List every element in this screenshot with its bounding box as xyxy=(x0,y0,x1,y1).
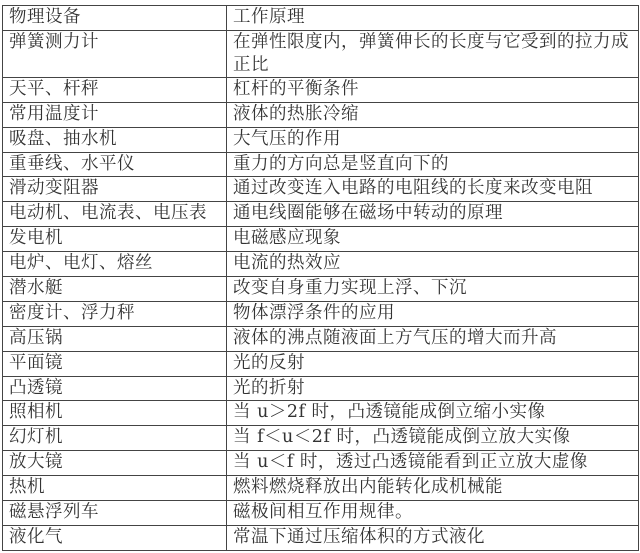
header-row: 物理设备 工作原理 xyxy=(3,6,639,31)
device-cell: 电炉、电灯、熔丝 xyxy=(3,252,227,277)
table-row: 凸透镜 光的折射 xyxy=(3,376,639,401)
principle-cell: 液体的沸点随液面上方气压的增大而升高 xyxy=(227,326,639,351)
device-cell: 平面镜 xyxy=(3,351,227,376)
device-cell: 密度计、浮力秤 xyxy=(3,301,227,326)
device-cell: 热机 xyxy=(3,476,227,501)
device-cell: 照相机 xyxy=(3,401,227,426)
principle-cell: 电流的热效应 xyxy=(227,252,639,277)
principle-cell: 杠杆的平衡条件 xyxy=(227,77,639,102)
table-row: 吸盘、抽水机 大气压的作用 xyxy=(3,127,639,152)
principle-cell: 改变自身重力实现上浮、下沉 xyxy=(227,277,639,302)
principle-cell: 常温下通过压缩体积的方式液化 xyxy=(227,525,639,550)
device-cell: 发电机 xyxy=(3,227,227,252)
principle-cell: 电磁感应现象 xyxy=(227,227,639,252)
principle-cell: 光的折射 xyxy=(227,376,639,401)
principle-cell: 当 f＜u＜2f 时，凸透镜能成倒立放大实像 xyxy=(227,426,639,451)
table-row: 液化气 常温下通过压缩体积的方式液化 xyxy=(3,525,639,550)
principle-cell: 通电线圈能够在磁场中转动的原理 xyxy=(227,202,639,227)
table-row: 潜水艇 改变自身重力实现上浮、下沉 xyxy=(3,277,639,302)
principle-cell: 磁极间相互作用规律。 xyxy=(227,501,639,526)
table-row: 放大镜 当 u＜f 时，透过凸透镜能看到正立放大虚像 xyxy=(3,451,639,476)
device-cell: 天平、杆秤 xyxy=(3,77,227,102)
principle-cell: 光的反射 xyxy=(227,351,639,376)
principle-cell: 燃料燃烧释放出内能转化成机械能 xyxy=(227,476,639,501)
table-row: 幻灯机 当 f＜u＜2f 时，凸透镜能成倒立放大实像 xyxy=(3,426,639,451)
device-cell: 电动机、电流表、电压表 xyxy=(3,202,227,227)
table-row: 热机 燃料燃烧释放出内能转化成机械能 xyxy=(3,476,639,501)
principle-cell: 当 u＜f 时，透过凸透镜能看到正立放大虚像 xyxy=(227,451,639,476)
principle-cell: 当 u＞2f 时，凸透镜能成倒立缩小实像 xyxy=(227,401,639,426)
table-row: 电炉、电灯、熔丝 电流的热效应 xyxy=(3,252,639,277)
principle-cell: 物体漂浮条件的应用 xyxy=(227,301,639,326)
table-row: 照相机 当 u＞2f 时，凸透镜能成倒立缩小实像 xyxy=(3,401,639,426)
device-cell: 液化气 xyxy=(3,525,227,550)
device-cell: 滑动变阻器 xyxy=(3,177,227,202)
table-row: 常用温度计 液体的热胀冷缩 xyxy=(3,102,639,127)
principle-cell: 在弹性限度内，弹簧伸长的长度与它受到的拉力成正比 xyxy=(227,30,639,77)
header-device: 物理设备 xyxy=(3,6,227,31)
table-row: 磁悬浮列车 磁极间相互作用规律。 xyxy=(3,501,639,526)
physics-devices-table: 物理设备 工作原理 弹簧测力计 在弹性限度内，弹簧伸长的长度与它受到的拉力成正比… xyxy=(2,5,639,551)
table-row: 天平、杆秤 杠杆的平衡条件 xyxy=(3,77,639,102)
table-row: 滑动变阻器 通过改变连入电路的电阻线的长度来改变电阻 xyxy=(3,177,639,202)
device-cell: 弹簧测力计 xyxy=(3,30,227,77)
device-cell: 潜水艇 xyxy=(3,277,227,302)
device-cell: 幻灯机 xyxy=(3,426,227,451)
principle-cell: 液体的热胀冷缩 xyxy=(227,102,639,127)
device-cell: 高压锅 xyxy=(3,326,227,351)
device-cell: 常用温度计 xyxy=(3,102,227,127)
device-cell: 磁悬浮列车 xyxy=(3,501,227,526)
table-row: 密度计、浮力秤 物体漂浮条件的应用 xyxy=(3,301,639,326)
table-row: 发电机 电磁感应现象 xyxy=(3,227,639,252)
principle-cell: 大气压的作用 xyxy=(227,127,639,152)
header-principle: 工作原理 xyxy=(227,6,639,31)
principle-cell: 通过改变连入电路的电阻线的长度来改变电阻 xyxy=(227,177,639,202)
principle-cell: 重力的方向总是竖直向下的 xyxy=(227,152,639,177)
device-cell: 凸透镜 xyxy=(3,376,227,401)
table-row: 高压锅 液体的沸点随液面上方气压的增大而升高 xyxy=(3,326,639,351)
device-cell: 吸盘、抽水机 xyxy=(3,127,227,152)
table-row: 弹簧测力计 在弹性限度内，弹簧伸长的长度与它受到的拉力成正比 xyxy=(3,30,639,77)
table-row: 平面镜 光的反射 xyxy=(3,351,639,376)
table-row: 电动机、电流表、电压表 通电线圈能够在磁场中转动的原理 xyxy=(3,202,639,227)
device-cell: 重垂线、水平仪 xyxy=(3,152,227,177)
device-cell: 放大镜 xyxy=(3,451,227,476)
table-row: 重垂线、水平仪 重力的方向总是竖直向下的 xyxy=(3,152,639,177)
